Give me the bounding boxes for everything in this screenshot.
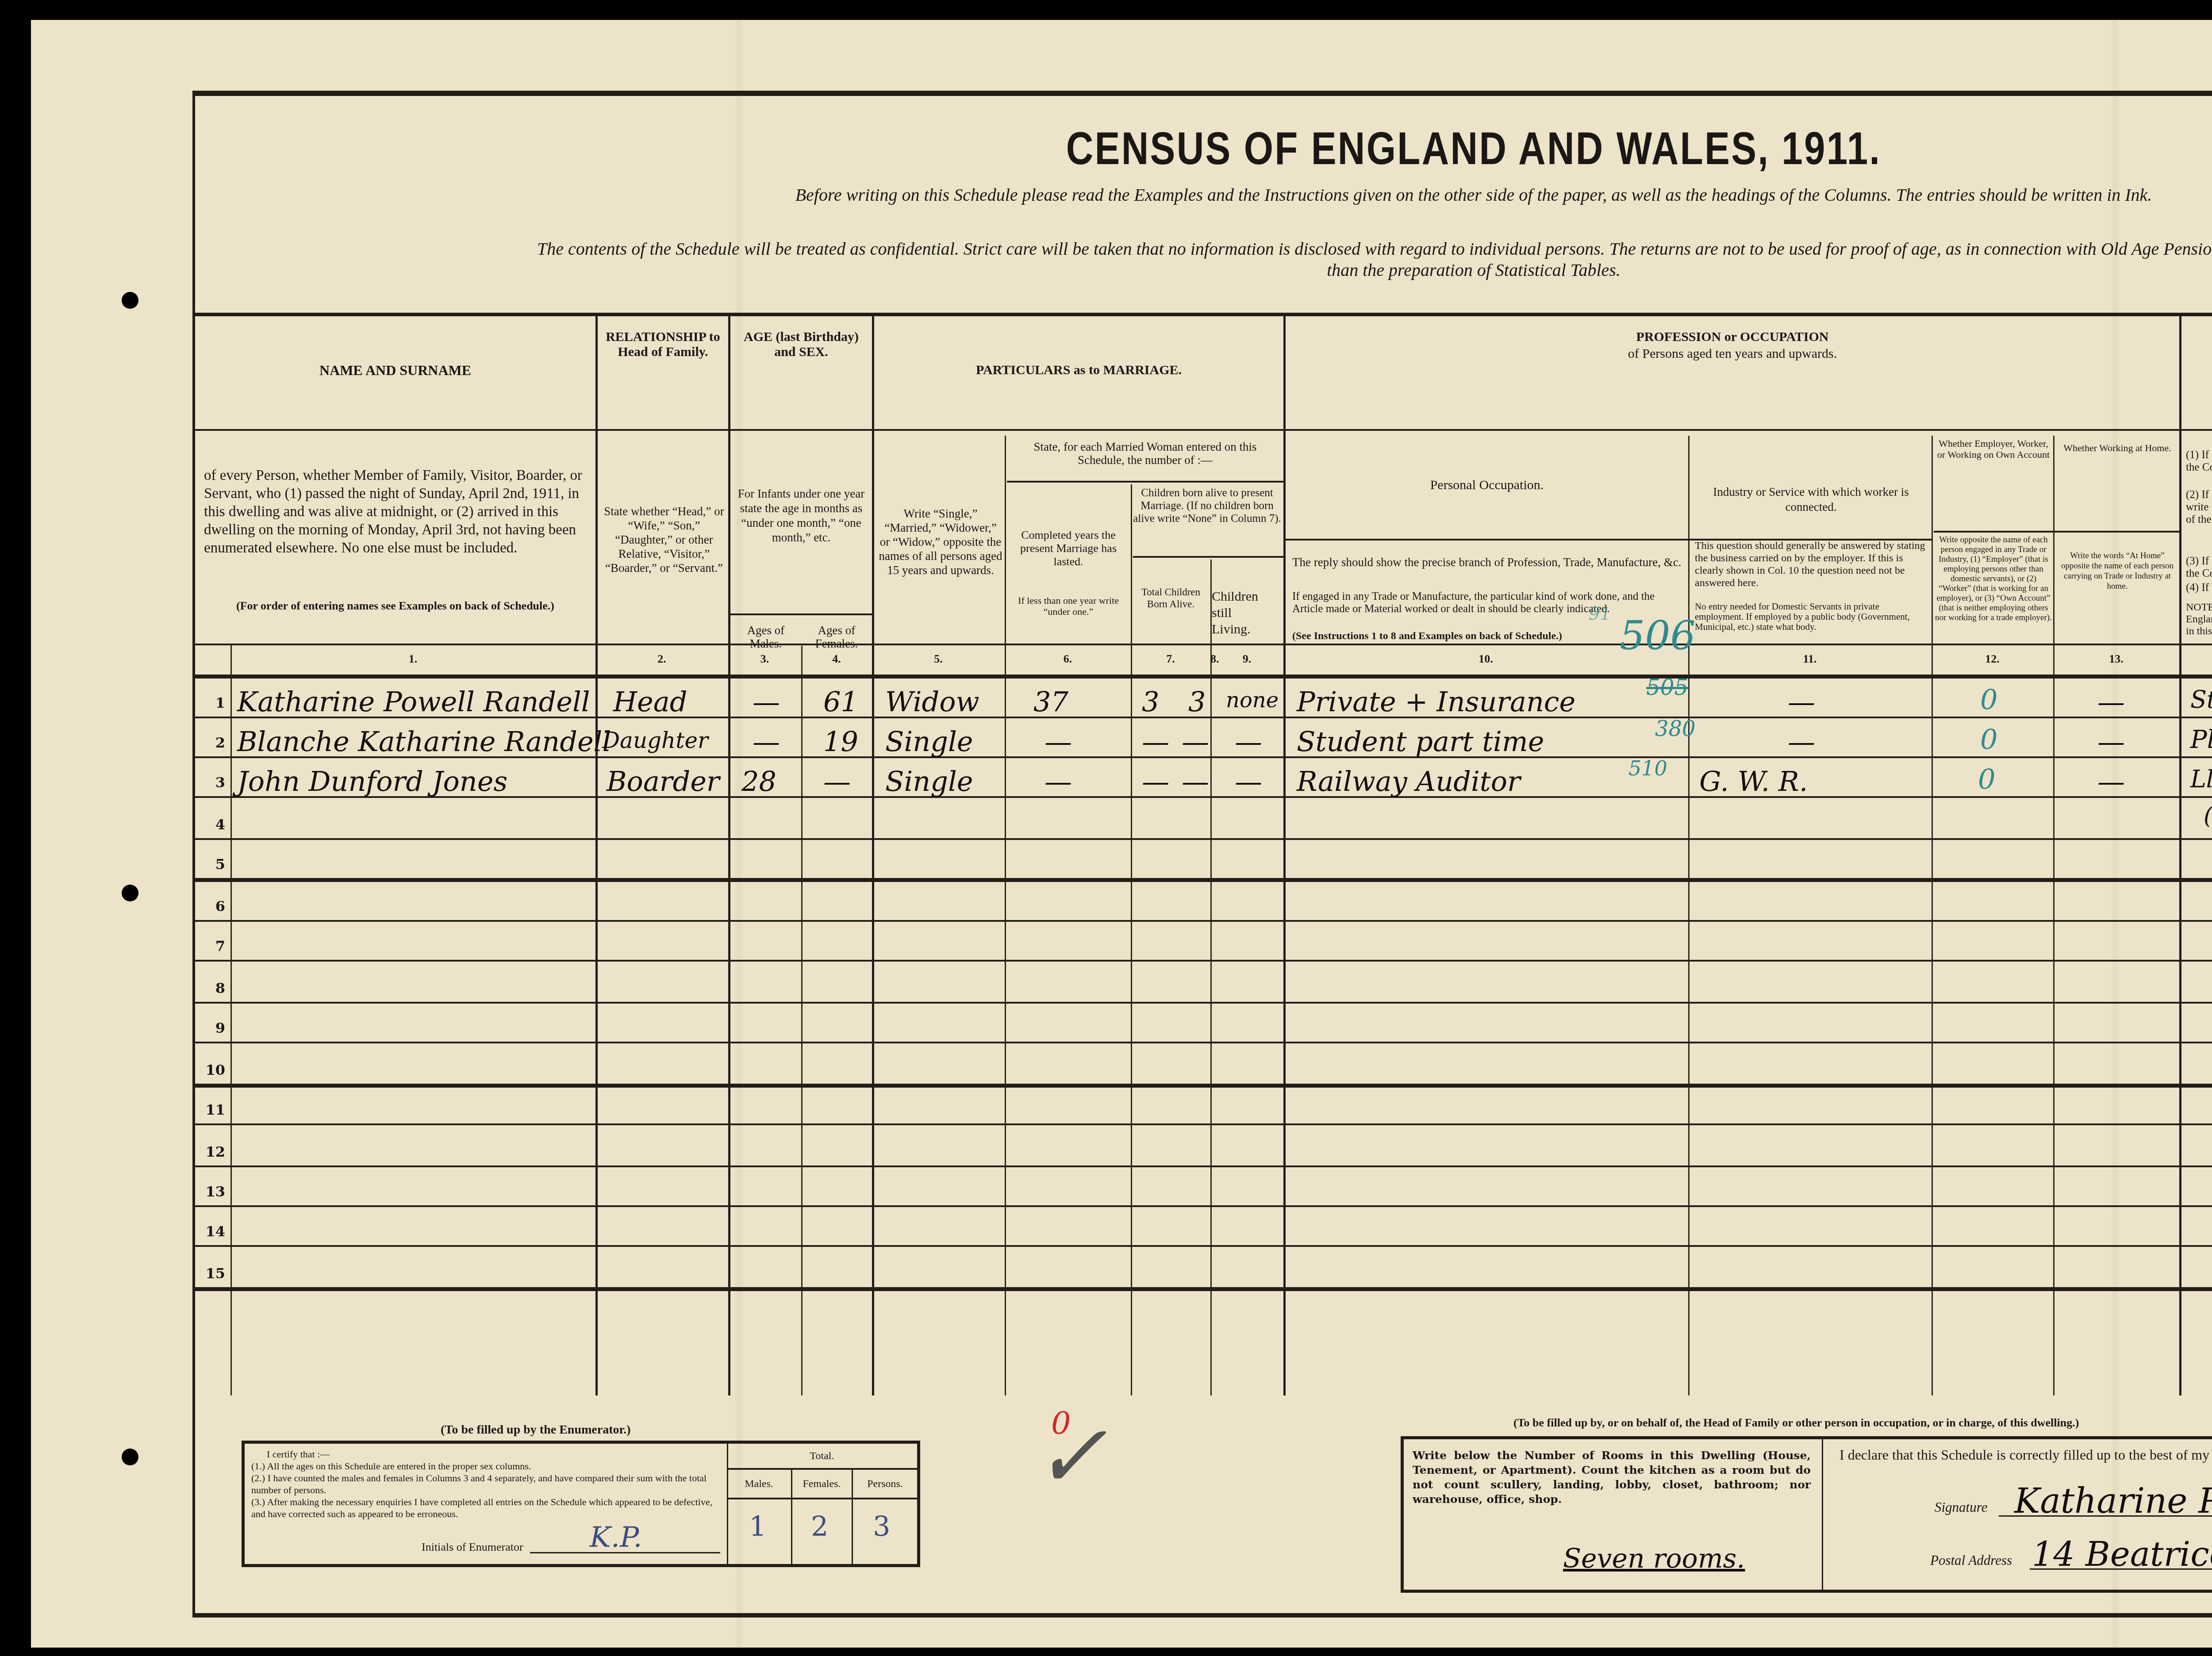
cell-age-male[interactable]: —	[753, 686, 780, 718]
total-males-value[interactable]: 1	[749, 1510, 766, 1542]
cell-name[interactable]: Blanche Katharine Randell	[237, 725, 611, 758]
col11-instructions-2: No entry needed for Domestic Servants in…	[1695, 602, 1929, 632]
col-num-11: 11.	[1688, 652, 1932, 666]
row-number: 9	[199, 1020, 225, 1036]
clerk-code-small: 91	[1589, 604, 1611, 624]
col-num-13: 13.	[2053, 652, 2179, 666]
cell-condition[interactable]: Single	[885, 765, 973, 797]
cell-years-married[interactable]: —	[1045, 725, 1072, 758]
enumerator-certificate-box: I certify that :— (1.) All the ages on t…	[242, 1441, 920, 1567]
form-frame: CENSUS OF ENGLAND AND WALES, 1911. Befor…	[192, 91, 2212, 1618]
col-num-3: 3.	[728, 652, 801, 666]
cell-years-married[interactable]: 37	[1033, 686, 1068, 718]
males-label: Males.	[727, 1478, 791, 1490]
row-number: 10	[199, 1062, 225, 1078]
cell-condition[interactable]: Single	[885, 725, 973, 758]
col10-instructions-1: The reply should show the precise branch…	[1292, 555, 1682, 569]
cell-condition[interactable]: Widow	[885, 686, 979, 718]
divider	[1688, 436, 1690, 1395]
col1-instructions: of every Person, whether Member of Famil…	[204, 467, 587, 557]
signature-label: Signature	[1935, 1501, 1987, 1513]
females-label: Females.	[792, 1478, 852, 1490]
row-rule	[195, 838, 2212, 840]
row-number: 4	[199, 816, 225, 833]
age-title: AGE (last Birthday) and SEX.	[733, 330, 870, 360]
col14-title: BIRTHPLACE of every person.	[2181, 360, 2212, 376]
postal-address-label: Postal Address	[1930, 1554, 2012, 1566]
col14-instructions-2: (2) If born in any other part of the Bri…	[2186, 489, 2212, 526]
total-females-value[interactable]: 2	[811, 1510, 828, 1542]
profession-subtitle: of Persons aged ten years and upwards.	[1286, 346, 2179, 361]
divider	[1131, 484, 1132, 1395]
cell-age-female[interactable]: 19	[823, 725, 858, 758]
col-num-5: 5.	[872, 652, 1005, 666]
col11-instructions-1: This question should generally be answer…	[1695, 540, 1929, 589]
cell-relationship[interactable]: Daughter	[602, 728, 708, 753]
col6-note: If less than one year write “under one.”	[1008, 595, 1129, 617]
cell-name[interactable]: John Dunford Jones	[237, 765, 507, 797]
instruction-line: Before writing on this Schedule please r…	[195, 184, 2212, 205]
row-number: 11	[199, 1101, 225, 1118]
col12-title: Whether Employer, Worker, or Working on …	[1934, 438, 2053, 460]
marriage-title: PARTICULARS as to MARRIAGE.	[874, 363, 1283, 378]
row-rule	[195, 1042, 2212, 1043]
certify-item-2: (2.) I have counted the males and female…	[251, 1472, 720, 1496]
total-persons-value[interactable]: 3	[873, 1510, 890, 1542]
col2-title: RELATIONSHIP to Head of Family.	[598, 330, 728, 360]
cell-children-living[interactable]: 3	[1188, 686, 1206, 718]
enumerator-heading: (To be filled up by the Enumerator.)	[441, 1423, 631, 1437]
cell-children-died[interactable]: —	[1235, 765, 1262, 797]
cell-at-home[interactable]: —	[2097, 765, 2125, 797]
cell-relationship[interactable]: Boarder	[607, 765, 720, 797]
divider	[728, 316, 730, 1395]
signature-value[interactable]: Katharine Powell Randell.	[2014, 1481, 2212, 1521]
col13-title: Whether Working at Home.	[2055, 442, 2179, 453]
cell-employment[interactable]: 0	[1980, 683, 1997, 716]
cell-name[interactable]: Katharine Powell Randell	[237, 686, 590, 718]
row-number: 2	[199, 734, 225, 751]
clerk-code-header: 506	[1620, 613, 1696, 659]
row-number: 6	[199, 898, 225, 915]
certify-intro: I certify that :—	[267, 1448, 330, 1460]
divider	[1934, 531, 2179, 533]
initials-label: Initials of Enumerator	[422, 1541, 523, 1553]
divider	[1822, 1439, 1823, 1590]
row-rule	[195, 1123, 2212, 1125]
household-heading: (To be filled up by, or on behalf of, th…	[1513, 1416, 2079, 1430]
initials-value[interactable]: K.P.	[590, 1521, 642, 1554]
col-num-1: 1.	[230, 652, 595, 666]
row-rule	[195, 1245, 2212, 1247]
divider	[195, 675, 2212, 678]
cell-age-male[interactable]: —	[753, 725, 780, 758]
divider	[1005, 436, 1006, 1395]
col5-instructions: Write “Single,” “Married,” “Widower,” or…	[879, 506, 1002, 577]
col14-instructions-3: (3) If born in a Foreign Country, write …	[2186, 555, 2212, 580]
confidential-line-1: The contents of the Schedule will be tre…	[195, 238, 2212, 259]
page-title: CENSUS OF ENGLAND AND WALES, 1911.	[425, 123, 2212, 175]
profession-title: PROFESSION or OCCUPATION	[1286, 330, 2179, 345]
cell-industry[interactable]: G. W. R.	[1699, 765, 1808, 797]
row-rule	[195, 1165, 2212, 1167]
row-number: 14	[199, 1223, 225, 1240]
divider	[801, 646, 803, 1395]
cell-children-born[interactable]: —	[1142, 765, 1169, 797]
persons-label: Persons.	[853, 1478, 917, 1490]
row-number: 8	[199, 980, 225, 997]
cell-industry[interactable]: —	[1788, 725, 1815, 758]
cell-birthplace[interactable]: Llanybyther, Wales	[2190, 765, 2212, 793]
certify-item-1: (1.) All the ages on this Schedule are e…	[251, 1460, 720, 1472]
clerk-code-occupation: 510	[1628, 756, 1667, 780]
col-num-2: 2.	[595, 652, 728, 666]
cell-employment[interactable]: 0	[1980, 723, 1997, 755]
row-number: 12	[199, 1143, 225, 1160]
cell-at-home[interactable]: —	[2097, 725, 2125, 758]
cell-age-female[interactable]: 61	[823, 686, 858, 718]
col10-instructions-2: If engaged in any Trade or Manufacture, …	[1292, 590, 1682, 615]
clerk-code-occupation: 380	[1655, 717, 1696, 741]
cell-children-born[interactable]: 3	[1142, 686, 1159, 718]
divider	[1007, 481, 1283, 483]
col14-note: NOTE.—In the case of persons born elsewh…	[2186, 602, 2212, 637]
col-num-7: 7.	[1131, 652, 1210, 666]
col14-instructions-4: (4) If born at sea, write “At Sea.”	[2186, 582, 2212, 594]
cell-birthplace[interactable]: Plymouth, Devon	[2190, 725, 2212, 754]
col10-title: Personal Occupation.	[1286, 478, 1688, 493]
cell-birthplace[interactable]: Stroud, Gloucestershire	[2190, 686, 2212, 713]
cell-age-female[interactable]: —	[823, 765, 851, 797]
col4-title: Ages of Females.	[803, 624, 870, 650]
divider	[1210, 560, 1212, 1395]
cell-occupation[interactable]: Student part time	[1297, 725, 1544, 758]
census-schedule-page: CENSUS OF ENGLAND AND WALES, 1911. Befor…	[31, 20, 2212, 1648]
row-number: 1	[199, 694, 225, 711]
divider	[195, 429, 2212, 431]
divider	[727, 1468, 917, 1470]
divider	[2179, 316, 2181, 1395]
row-rule	[195, 878, 2212, 882]
cell-relationship[interactable]: Head	[613, 686, 687, 718]
col-num-14: 14.	[2179, 652, 2212, 666]
punch-hole-bottom	[122, 1449, 138, 1465]
age-instructions: For Infants under one year state the age…	[733, 487, 870, 545]
cell-occupation[interactable]: Private + Insurance	[1297, 686, 1575, 718]
punch-hole-top	[122, 292, 138, 309]
household-declaration-box: Write below the Number of Rooms in this …	[1401, 1436, 2212, 1593]
col7-title: Total Children Born Alive.	[1132, 586, 1210, 610]
row-rule	[195, 1084, 2212, 1088]
row-number: 7	[199, 938, 225, 954]
married-woman-instructions: State, for each Married Woman entered on…	[1009, 440, 1281, 467]
divider	[2053, 436, 2055, 1395]
row-number: 3	[199, 774, 225, 791]
col13-instructions: Write the words “At Home” opposite the n…	[2060, 551, 2175, 591]
total-label: Total.	[791, 1450, 853, 1462]
cell-children-living[interactable]: —	[1182, 725, 1209, 758]
col-num-4: 4.	[801, 652, 872, 666]
clerk-check-mark: ✓	[1033, 1405, 1108, 1508]
cell-at-home[interactable]: —	[2097, 686, 2125, 718]
divider	[1133, 556, 1283, 558]
rooms-value[interactable]: Seven rooms.	[1563, 1543, 1745, 1574]
cell-occupation[interactable]: Railway Auditor	[1297, 765, 1521, 797]
cell-years-married[interactable]: —	[1045, 765, 1072, 797]
col11-title: Industry or Service with which worker is…	[1690, 484, 1932, 514]
divider	[730, 613, 872, 615]
cell-age-male[interactable]: 28	[741, 765, 776, 797]
postal-address-value[interactable]: 14 Beatrice Ave. Plymouth.	[2032, 1534, 2212, 1574]
col2-instructions: State whether “Head,” or “Wife,” “Son,” …	[602, 504, 726, 575]
divider	[195, 644, 2212, 645]
col6-instructions: Completed years the present Marriage has…	[1008, 529, 1129, 568]
row-rule	[195, 1002, 2212, 1004]
declaration-text: I declare that this Schedule is correctl…	[1839, 1449, 2212, 1461]
row-rule	[195, 960, 2212, 962]
cell-children-died[interactable]: —	[1235, 725, 1262, 758]
punch-hole-middle	[122, 885, 138, 901]
divider	[595, 316, 598, 1395]
clerk-code-occupation: 505	[1646, 675, 1688, 700]
col12-instructions: Write opposite the name of each person e…	[1935, 535, 2052, 623]
row-number: 13	[199, 1183, 225, 1200]
cell-employment[interactable]: 0	[1978, 763, 1995, 795]
household-table: NAME AND SURNAME of every Person, whethe…	[195, 313, 2212, 1395]
divider	[872, 316, 874, 1395]
confidential-line-2: than the preparation of Statistical Tabl…	[195, 260, 2212, 280]
col1-note: (For order of entering names see Example…	[204, 599, 587, 613]
col-num-9: 9.	[1210, 652, 1283, 666]
rooms-instructions: Write below the Number of Rooms in this …	[1413, 1448, 1811, 1506]
row-number: 5	[199, 856, 225, 873]
children-instructions: Children born alive to present Marriage.…	[1133, 487, 1281, 525]
col1-title: NAME AND SURNAME	[195, 363, 595, 378]
certify-item-3: (3.) After making the necessary enquirie…	[251, 1496, 720, 1520]
row-rule	[195, 920, 2212, 922]
cell-children-living[interactable]: —	[1182, 765, 1209, 797]
row-number: 15	[199, 1265, 225, 1282]
col-num-6: 6.	[1005, 652, 1131, 666]
col3-title: Ages of Males.	[733, 624, 799, 650]
col-num-12: 12.	[1932, 652, 2053, 666]
row-rule	[195, 1287, 2212, 1291]
cell-children-died[interactable]: none	[1226, 688, 1279, 713]
cell-industry[interactable]: —	[1788, 686, 1815, 718]
divider	[727, 1498, 917, 1499]
cell-children-born[interactable]: —	[1142, 725, 1169, 758]
row-rule	[195, 1205, 2212, 1207]
col14-instructions-1: (1) If born in the United Kingdom, write…	[2186, 449, 2212, 474]
cell-birthplace-county[interactable]: (Carmarthenshire)	[2204, 803, 2212, 829]
divider	[1932, 436, 1933, 1395]
divider	[727, 1444, 728, 1564]
